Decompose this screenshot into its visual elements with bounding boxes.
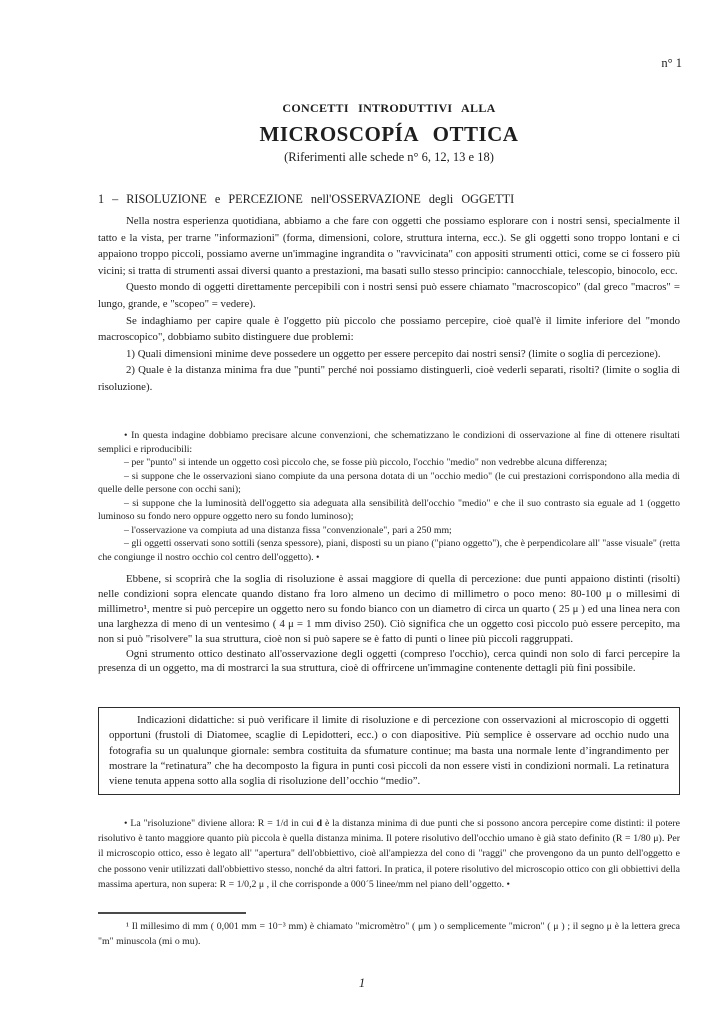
convention-item: – si suppone che la luminosità dell'ogge…: [98, 497, 680, 524]
convention-item: • In questa indagine dobbiamo precisare …: [98, 429, 680, 456]
document-title: MICROSCOPÍA OTTICA: [98, 122, 680, 147]
convention-item: – l'osservazione va compiuta ad una dist…: [98, 524, 680, 538]
convention-item: – si suppone che le osservazioni siano c…: [98, 470, 680, 497]
body-paragraph: Ebbene, si scoprirà che la soglia di ris…: [98, 572, 680, 647]
footnote-text: ¹ Il millesimo di mm ( 0,001 mm = 10⁻³ m…: [98, 919, 680, 949]
page-ref: n° 1: [661, 56, 682, 71]
body-paragraph: Ogni strumento ottico destinato all'osse…: [98, 647, 680, 677]
body-paragraph: Se indaghiamo per capire quale è l'ogget…: [98, 313, 680, 346]
didactic-box: Indicazioni didattiche: si può verificar…: [98, 707, 680, 795]
section-heading: 1 – RISOLUZIONE e PERCEZIONE nell'OSSERV…: [98, 192, 680, 207]
convention-item: – per "punto" si intende un oggetto così…: [98, 456, 680, 470]
convention-item: – gli oggetti osservati sono sottili (se…: [98, 537, 680, 564]
footnote-rule: [98, 912, 246, 914]
document-page: n° 1 CONCETTI INTRODUTTIVI ALLA MICROSCO…: [0, 0, 724, 1024]
discussion-paragraphs: Ebbene, si scoprirà che la soglia di ris…: [98, 572, 680, 676]
document-subtitle: (Riferimenti alle schede n° 6, 12, 13 e …: [98, 150, 680, 165]
resolution-note: • La "risoluzione" diviene allora: R = 1…: [98, 816, 680, 892]
didactic-box-text: Indicazioni didattiche: si può verificar…: [109, 713, 669, 789]
document-kicker: CONCETTI INTRODUTTIVI ALLA: [98, 101, 680, 116]
body-paragraph: 1) Quali dimensioni minime deve posseder…: [98, 346, 680, 363]
body-paragraph: Nella nostra esperienza quotidiana, abbi…: [98, 213, 680, 279]
page-number: 1: [0, 976, 724, 991]
body-paragraph: 2) Quale è la distanza minima fra due "p…: [98, 362, 680, 395]
conventions-note: • In questa indagine dobbiamo precisare …: [98, 429, 680, 564]
body-paragraph: Questo mondo di oggetti direttamente per…: [98, 279, 680, 312]
intro-paragraphs: Nella nostra esperienza quotidiana, abbi…: [98, 213, 680, 396]
